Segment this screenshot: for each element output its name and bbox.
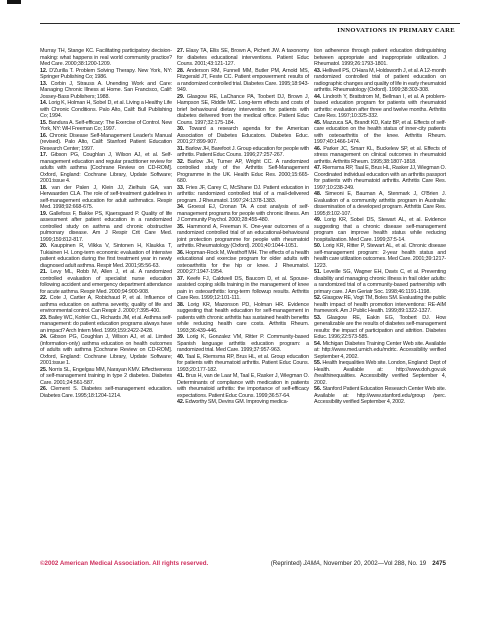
reference-item: Murray TH, Stange KC. Facilitating parti…: [40, 48, 172, 68]
reprinted-label: (Reprinted): [271, 560, 304, 567]
reference-item: 31. Barlow JH, Barefoot J. Group educati…: [177, 146, 309, 159]
reference-item: 14. Lorig K, Holman H, Sobel D, et al. L…: [40, 100, 172, 120]
reference-item: 29. Glasgow RE, LaChance PA, Toobert DJ,…: [177, 94, 309, 127]
reference-item: 46. Parker JC, Smarr KL, Buckelew SP, et…: [314, 146, 446, 166]
reference-item: 44. Lindroth Y, Brattstrom M, Bellman I,…: [314, 94, 446, 120]
header-rule: [40, 23, 460, 24]
page-footer: ©2002 American Medical Association. All …: [40, 560, 446, 567]
reference-item: 37. Keefe FJ, Caldwell DS, Baucom D, et …: [177, 276, 309, 302]
reference-item: 45. Mazzuca SA, Brandt KD, Katz BP, et a…: [314, 120, 446, 146]
reference-item: 19. Gallefoss F, Bakke PS, Kjaersgaard P…: [40, 211, 172, 244]
reference-item: 13. Corbin J, Strauss A. Unending Work a…: [40, 81, 172, 101]
reference-item: 51. Leveille SG, Wagner EH, Davis C, et …: [314, 269, 446, 295]
reference-item: 56. Stanford Patient Education Research …: [314, 386, 446, 406]
reference-item: 33. Fries JF, Carey C, McShane DJ. Patie…: [177, 185, 309, 205]
reference-item: 41. Brus H, van de Laar M, Taal E, Raske…: [177, 373, 309, 399]
reference-item: 16. Chronic Disease Self-Management Lead…: [40, 133, 172, 153]
reference-item: 42. Edworthy SM, Devins GM. Improving me…: [177, 399, 309, 406]
reference-item: 25. Norris SL, Engelgau MM, Narayan KMV.…: [40, 367, 172, 387]
reference-item: 52. Glasgow RE, Vogt TM, Boles SM. Evalu…: [314, 295, 446, 315]
reference-item: 28. Anderson RM, Funnell MM, Butler PM, …: [177, 68, 309, 94]
reference-item: tion adherence through patient education…: [314, 48, 446, 68]
reference-item: 36. Hopman-Rock M, Westhoff MH. The effe…: [177, 250, 309, 276]
reference-item: 50. Lorig KR, Ritter P, Stewart AL, et a…: [314, 243, 446, 269]
scan-artifact-mark: [7, 0, 21, 4]
page-number: 2475: [432, 560, 446, 567]
journal-name: JAMA: [303, 560, 320, 567]
reference-item: 35. Hammond A, Freeman K. One-year outco…: [177, 224, 309, 250]
reference-item: 49. Lorig KR, Sobel DS, Stewart AL, et a…: [314, 217, 446, 243]
reference-item: 26. Clement S. Diabetes self-management …: [40, 386, 172, 399]
reference-item: 54. Michigan Diabetes Training Center We…: [314, 341, 446, 361]
reference-item: 18. van der Palen J, Klein JJ, Zielhuis …: [40, 185, 172, 211]
reference-item: 55. Health Inequalities Web site. London…: [314, 360, 446, 386]
reference-item: 24. Gibson PG, Coughlan J, Wilson AJ, et…: [40, 334, 172, 367]
reference-column-1: Murray TH, Stange KC. Facilitating parti…: [40, 48, 172, 399]
reference-item: 20. Kauppinen R, Vilkka V, Sintonen H, K…: [40, 243, 172, 269]
reference-item: 38. Lorig KR, Mazonson PD, Holman HR. Ev…: [177, 302, 309, 335]
reference-item: 32. Barlow JH, Turner AP, Wright CC. A r…: [177, 159, 309, 185]
reference-item: 39. Lorig K, Gonzalez VM, Ritter P. Comm…: [177, 334, 309, 354]
running-head: INNOVATIONS IN PRIMARY CARE: [337, 27, 455, 34]
reference-item: 53. Glasgow RE, Eakin EG, Toobert DJ. Ho…: [314, 315, 446, 341]
copyright-notice: ©2002 American Medical Association. All …: [40, 560, 208, 567]
reference-column-3: tion adherence through patient education…: [314, 48, 446, 406]
reference-item: 12. D'Zurilla T. Problem Solving Therapy…: [40, 68, 172, 81]
reference-item: 22. Cote J, Cartier A, Robichaud P, et a…: [40, 295, 172, 315]
reference-item: 17. Gibson PG, Coughlan J, Wilson AJ, et…: [40, 152, 172, 185]
reprint-info: (Reprinted) JAMA, November 20, 2002—Vol …: [271, 560, 446, 567]
reference-item: 27. Elasy TA, Ellis SE, Brown A, Pichert…: [177, 48, 309, 68]
reference-column-2: 27. Elasy TA, Ellis SE, Brown A, Pichert…: [177, 48, 309, 406]
reference-item: 48. Simeoni E, Bauman A, Stenmark J, O'B…: [314, 191, 446, 217]
issue-info: , November 20, 2002—Vol 288, No. 19: [320, 560, 426, 567]
reference-item: 23. Bailey WC, Kohler CL, Richards JM, e…: [40, 315, 172, 335]
reference-item: 47. Riemsma RP, Taal E, Brus HL, Rasker …: [314, 165, 446, 191]
references-section: Murray TH, Stange KC. Facilitating parti…: [40, 48, 446, 406]
reference-item: 43. Helliwell PS, O'Hara M, Holdsworth J…: [314, 68, 446, 94]
reference-item: 21. Levy ML, Robb M, Allen J, et al. A r…: [40, 269, 172, 295]
reference-item: 30. Toward a research agenda for the Ame…: [177, 126, 309, 146]
reference-item: 40. Taal E, Riemsma RP, Brus HL, et al. …: [177, 354, 309, 374]
reference-item: 15. Bandura A. Self-efficacy: The Exerci…: [40, 120, 172, 133]
reference-item: 34. Groessl EJ, Cronan TA. A cost analys…: [177, 204, 309, 224]
